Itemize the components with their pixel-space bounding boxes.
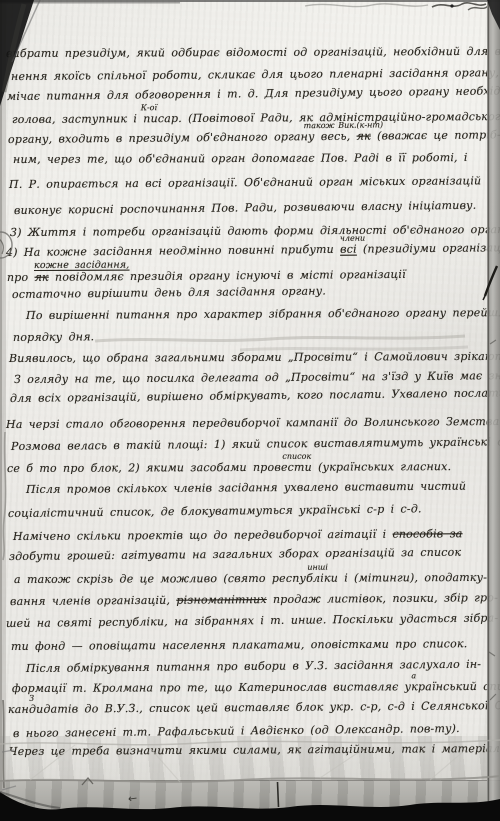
superscript-insertion: К-ої: [141, 103, 157, 112]
manuscript-line: голова, заступник і писар. (Повітової Ра…: [12, 110, 500, 126]
manuscript-line: соціалістичний список, де блокуватимутьс…: [8, 502, 422, 520]
manuscript-line: порядку дня.: [13, 330, 94, 344]
manuscript-line: органу, входить в президіум об'єднаного …: [8, 128, 500, 146]
manuscript-line: а також скрізь де це можливо (свято респ…: [14, 571, 487, 586]
manuscript-line: се б то про блок, 2) якими засобами пров…: [7, 460, 451, 475]
manuscript-line: нення якоїсь спільної роботи, скликає дл…: [11, 66, 500, 83]
manuscript-line: Через це треба визначити якими силами, я…: [9, 741, 500, 758]
manuscript-line: про як повідомляє президія органу існуюч…: [7, 268, 406, 284]
manuscript-line: Після промов скількох членів засідання у…: [26, 480, 466, 496]
superscript-insertion: список: [282, 452, 311, 461]
manuscript-line: для всіх організацій, вирішено обміркува…: [10, 385, 500, 405]
manuscript-line: вання членів організацій, різноманітних …: [10, 591, 498, 608]
superscript-insertion: З: [29, 694, 34, 703]
manuscript-line: виконує корисні роспочинання Пов. Ради, …: [14, 199, 477, 217]
manuscript-line: 3) Життя і потреби організацій дають фор…: [10, 223, 500, 239]
manuscript-line: На черзі стало обговорення передвиборчої…: [6, 415, 499, 431]
superscript-insertion: инші: [307, 563, 328, 572]
manuscript-line: По вирішенні питання про характер зібран…: [26, 306, 500, 322]
manuscript-line: вибрати президіум, який одбирає відомост…: [6, 45, 500, 60]
manuscript-line: Розмова велась в такій площі: 1) який сп…: [11, 435, 500, 453]
manuscript-line: остаточно вирішити день для засідання ор…: [12, 284, 326, 301]
manuscript-lines: вибрати президіум, який одбирає відомост…: [0, 0, 500, 821]
manuscript-line: ним, через те, що об'єднаний орган допом…: [13, 151, 468, 166]
manuscript-line: 4) На кожне засідання неодмінно повинні …: [6, 241, 500, 259]
manuscript-line: Намічено скільки проектів що до передвиб…: [13, 527, 463, 543]
manuscript-line: мічає питання для обговорення і т. д. Дл…: [7, 84, 500, 103]
manuscript-line: здобути грошей: агітувати на загальних з…: [9, 546, 461, 563]
manuscript-line: П. Р. опирається на всі організації. Об'…: [9, 174, 481, 191]
superscript-insertion: також Вик.(к-нт): [304, 120, 384, 130]
scan-area: вибрати президіум, який одбирає відомост…: [0, 0, 500, 821]
manuscript-line: З огляду на те, що посилка делегата од „…: [14, 369, 500, 386]
fold-arrow-mark: ←: [127, 791, 138, 805]
scanned-document-screenshot: { "document": { "ink_color": "#29261f", …: [0, 0, 500, 821]
manuscript-line: Виявилось, що обрана загальними зборами …: [9, 350, 500, 365]
manuscript-line: ти фонд — оповіщати населення плакатами,…: [11, 637, 467, 653]
manuscript-line: формації т. Кролмана про те, що Катерино…: [12, 680, 500, 695]
manuscript-line: в нього занесені т.т. Рафальський і Авді…: [13, 722, 460, 740]
manuscript-line: шей на святі республіки, на зібраннях і …: [6, 611, 498, 630]
superscript-insertion: члени: [340, 234, 365, 243]
manuscript-line: кандидатів до В.У.З., список цей виставл…: [8, 699, 500, 716]
superscript-insertion: а: [411, 671, 416, 680]
